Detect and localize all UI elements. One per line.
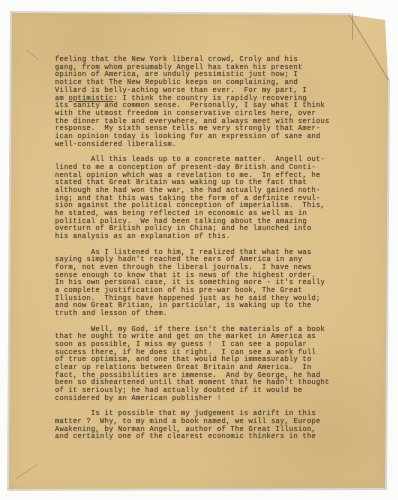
scan-background: feeling that the New York liberal crowd,… <box>0 0 398 500</box>
paragraph: feeling that the New York liberal crowd,… <box>55 57 357 149</box>
paragraph: All this leads up to a concrete matter. … <box>55 157 357 242</box>
letter-body: feeling that the New York liberal crowd,… <box>55 57 357 450</box>
paragraph: Well, my God, if there isn't the materia… <box>55 327 357 404</box>
paragraph: As I listened to him, I realized that wh… <box>55 250 357 319</box>
paragraph: Is it possible that my judgement is adri… <box>55 411 357 442</box>
crease-top-right <box>352 13 353 40</box>
